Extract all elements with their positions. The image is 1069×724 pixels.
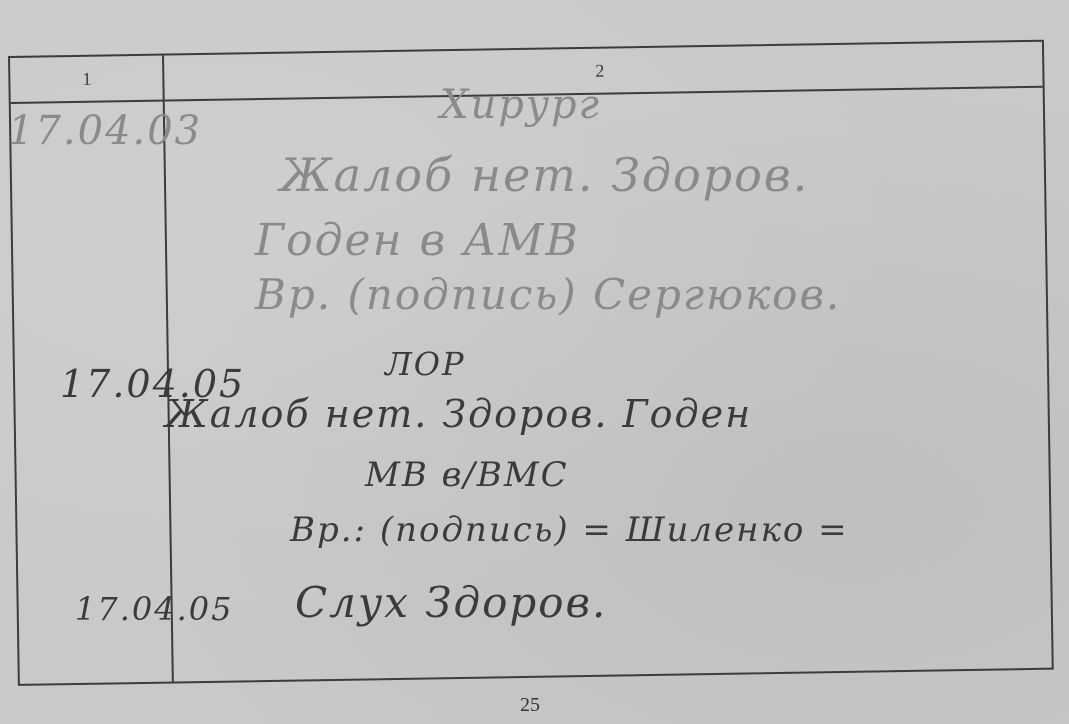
column-header-1: 1	[82, 69, 91, 90]
column-header-2: 2	[595, 61, 604, 82]
entry-2-line-3: МВ в/ВМС	[365, 455, 569, 495]
entry-1-line-3: Годен в АМВ	[255, 215, 580, 266]
entry-1-date: 17.04.03	[8, 108, 202, 154]
entry-2-line-4: Вр.: (подпись) = Шиленко =	[290, 510, 849, 550]
entry-2-line-1: ЛОР	[385, 345, 465, 383]
entry-1-line-1: Хирург	[440, 82, 601, 128]
entry-3-date: 17.04.05	[75, 590, 234, 628]
entry-1-line-4: Вр. (подпись) Сергюков.	[255, 270, 841, 319]
entry-1-line-2: Жалоб нет. Здоров.	[280, 148, 809, 202]
document-page: 1 2 17.04.03 Хирург Жалоб нет. Здоров. Г…	[0, 0, 1069, 724]
page-number: 25	[520, 694, 540, 717]
entry-2-line-2: Жалоб нет. Здоров. Годен	[165, 392, 752, 436]
entry-3-line-1: Слух Здоров.	[295, 578, 607, 627]
